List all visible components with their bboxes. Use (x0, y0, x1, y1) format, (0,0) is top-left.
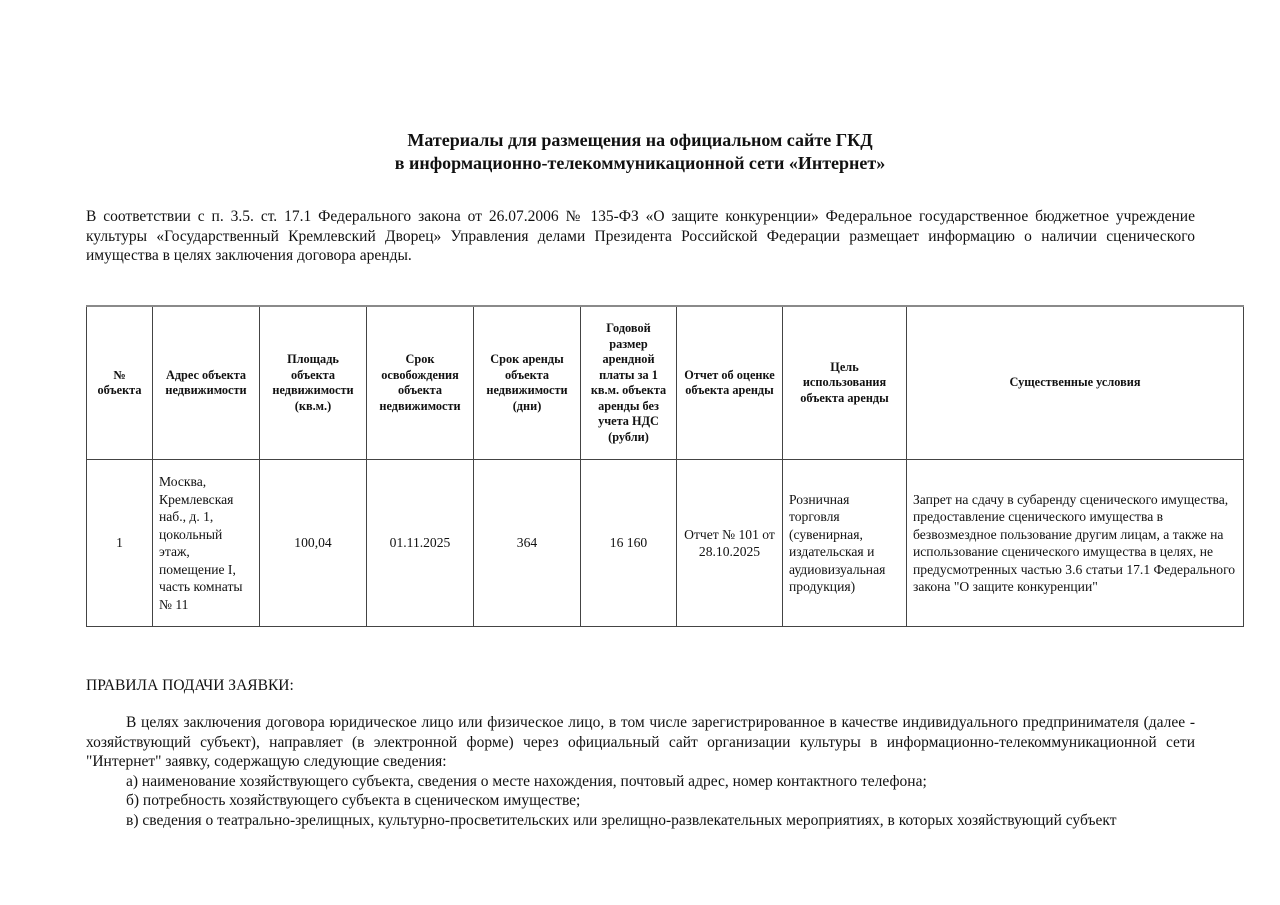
rules-item-a: а) наименование хозяйствующего субъекта,… (86, 772, 1195, 792)
cell-number: 1 (87, 460, 153, 627)
header-appraisal-report: Отчет об оценке объекта аренды (677, 306, 783, 460)
title-line-1: Материалы для размещения на официальном … (0, 129, 1280, 152)
property-table: № объекта Адрес объекта недвижимости Пло… (86, 305, 1244, 627)
header-release-date: Срок освобождения объекта недвижимости (367, 306, 474, 460)
rules-paragraph: В целях заключения договора юридическое … (86, 713, 1195, 772)
cell-release-date: 01.11.2025 (367, 460, 474, 627)
cell-lease-days: 364 (474, 460, 581, 627)
header-annual-rent: Годовой размер арендной платы за 1 кв.м.… (581, 306, 677, 460)
rules-heading: ПРАВИЛА ПОДАЧИ ЗАЯВКИ: (86, 676, 294, 696)
cell-appraisal-report: Отчет № 101 от 28.10.2025 (677, 460, 783, 627)
cell-conditions: Запрет на сдачу в субаренду сценического… (907, 460, 1244, 627)
header-purpose: Цель использования объекта аренды (783, 306, 907, 460)
cell-purpose: Розничная торговля (сувенирная, издатель… (783, 460, 907, 627)
intro-paragraph: В соответствии с п. 3.5. ст. 17.1 Федера… (86, 207, 1195, 266)
title-line-2: в информационно-телекоммуникационной сет… (0, 152, 1280, 175)
rules-item-c: в) сведения о театрально-зрелищных, куль… (86, 811, 1195, 831)
rules-body: В целях заключения договора юридическое … (86, 713, 1195, 830)
cell-address: Москва, Кремлевская наб., д. 1, цокольны… (153, 460, 260, 627)
header-area: Площадь объекта недвижимости (кв.м.) (260, 306, 367, 460)
table-header-row: № объекта Адрес объекта недвижимости Пло… (87, 306, 1244, 460)
header-address: Адрес объекта недвижимости (153, 306, 260, 460)
rules-item-b: б) потребность хозяйствующего субъекта в… (86, 791, 1195, 811)
document-title: Материалы для размещения на официальном … (0, 129, 1280, 175)
header-conditions: Существенные условия (907, 306, 1244, 460)
header-lease-days: Срок аренды объекта недвижимости (дни) (474, 306, 581, 460)
header-number: № объекта (87, 306, 153, 460)
table-row: 1 Москва, Кремлевская наб., д. 1, цоколь… (87, 460, 1244, 627)
cell-area: 100,04 (260, 460, 367, 627)
cell-annual-rent: 16 160 (581, 460, 677, 627)
